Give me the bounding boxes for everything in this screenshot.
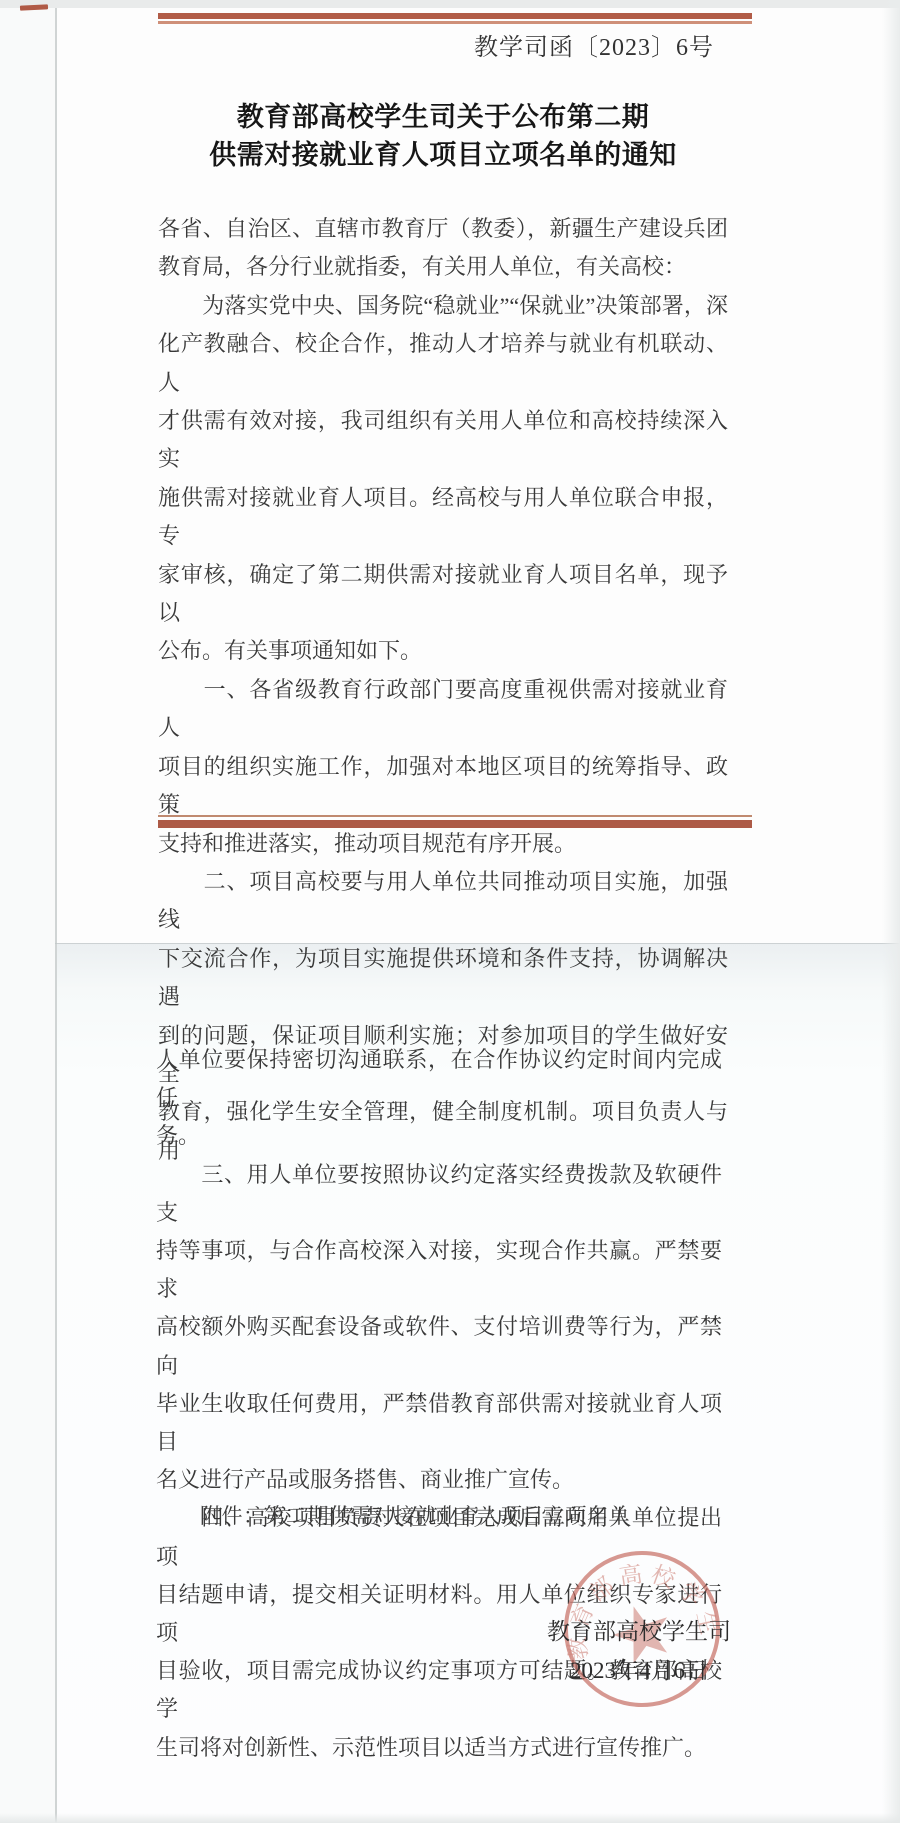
notice-title-line1: 教育部高校学生司关于公布第二期 <box>158 98 728 136</box>
text-line: 三、用人单位要按照协议约定落实经费拨款及软硬件支 <box>156 1156 722 1232</box>
text-line: 生司将对创新性、示范性项目以适当方式进行宣传推广。 <box>156 1729 722 1767</box>
red-corner-mark <box>20 4 48 10</box>
red-header-rule-thick <box>158 13 752 19</box>
text-line: 下交流合作，为项目实施提供环境和条件支持，协调解决遇 <box>158 940 728 1017</box>
text-line: 持等事项，与合作高校深入对接，实现合作共赢。严禁要求 <box>156 1232 722 1308</box>
text-line: 才供需有效对接，我司组织有关用人单位和高校持续深入实 <box>158 402 728 479</box>
text-line: 二、项目高校要与用人单位共同推动项目实施，加强线 <box>158 863 728 940</box>
text-line: 毕业生收取任何费用，严禁借教育部供需对接就业育人项目 <box>156 1385 722 1461</box>
text-line: 施供需对接就业育人项目。经高校与用人单位联合申报，专 <box>158 479 728 556</box>
notice-title: 教育部高校学生司关于公布第二期 供需对接就业育人项目立项名单的通知 <box>158 98 728 174</box>
text-line: 高校额外购买配套设备或软件、支付培训费等行为，严禁向 <box>156 1308 722 1384</box>
text-line: 项目的组织实施工作，加强对本地区项目的统筹指导、政策 <box>158 748 728 825</box>
issuer-signature: 教育部高校学生司 <box>479 1613 799 1646</box>
text-line: 名义进行产品或服务搭售、商业推广宣传。 <box>156 1461 722 1499</box>
text-line: 支持和推进落实，推动项目规范有序开展。 <box>158 825 728 863</box>
issue-date: 2023年4月6日 <box>479 1652 799 1685</box>
red-footer-rule-thick <box>158 820 752 828</box>
notice-title-line2: 供需对接就业育人项目立项名单的通知 <box>158 136 728 174</box>
text-line: 一、各省级教育行政部门要高度重视供需对接就业育人 <box>158 671 728 748</box>
scan-top-edge <box>0 0 900 8</box>
text-line: 人单位要保持密切沟通联系，在合作协议约定时间内完成任 <box>156 1041 722 1117</box>
text-line: 为落实党中央、国务院“稳就业”“保就业”决策部署，深 <box>158 287 728 325</box>
page1-body-text: 各省、自治区、直辖市教育厅（教委），新疆生产建设兵团教育局，各分行业就指委，有关… <box>158 210 728 1170</box>
doc-number: 教学司函〔2023〕6号 <box>158 27 714 62</box>
text-line: 公布。有关事项通知如下。 <box>158 632 728 670</box>
text-line: 各省、自治区、直辖市教育厅（教委），新疆生产建设兵团 <box>158 210 728 248</box>
scanned-document: 教学司函〔2023〕6号 教育部高校学生司关于公布第二期 供需对接就业育人项目立… <box>0 0 900 1823</box>
text-line: 家审核，确定了第二期供需对接就业育人项目名单，现予以 <box>158 556 728 633</box>
red-footer-rule-thin <box>158 815 752 817</box>
text-line: 化产教融合、校企合作，推动人才培养与就业有机联动、人 <box>158 325 728 402</box>
scan-bottom-edge <box>0 1813 900 1823</box>
red-header-rule-thin <box>158 21 752 24</box>
scan-right-edge <box>882 0 900 1823</box>
text-line: 务。 <box>156 1117 722 1155</box>
attachment-line: 附件：第二期供需对接就业育人项目立项名单 <box>200 1500 760 1530</box>
page-edge-line <box>55 8 57 1823</box>
text-line: 教育局，各分行业就指委，有关用人单位，有关高校： <box>158 248 728 286</box>
